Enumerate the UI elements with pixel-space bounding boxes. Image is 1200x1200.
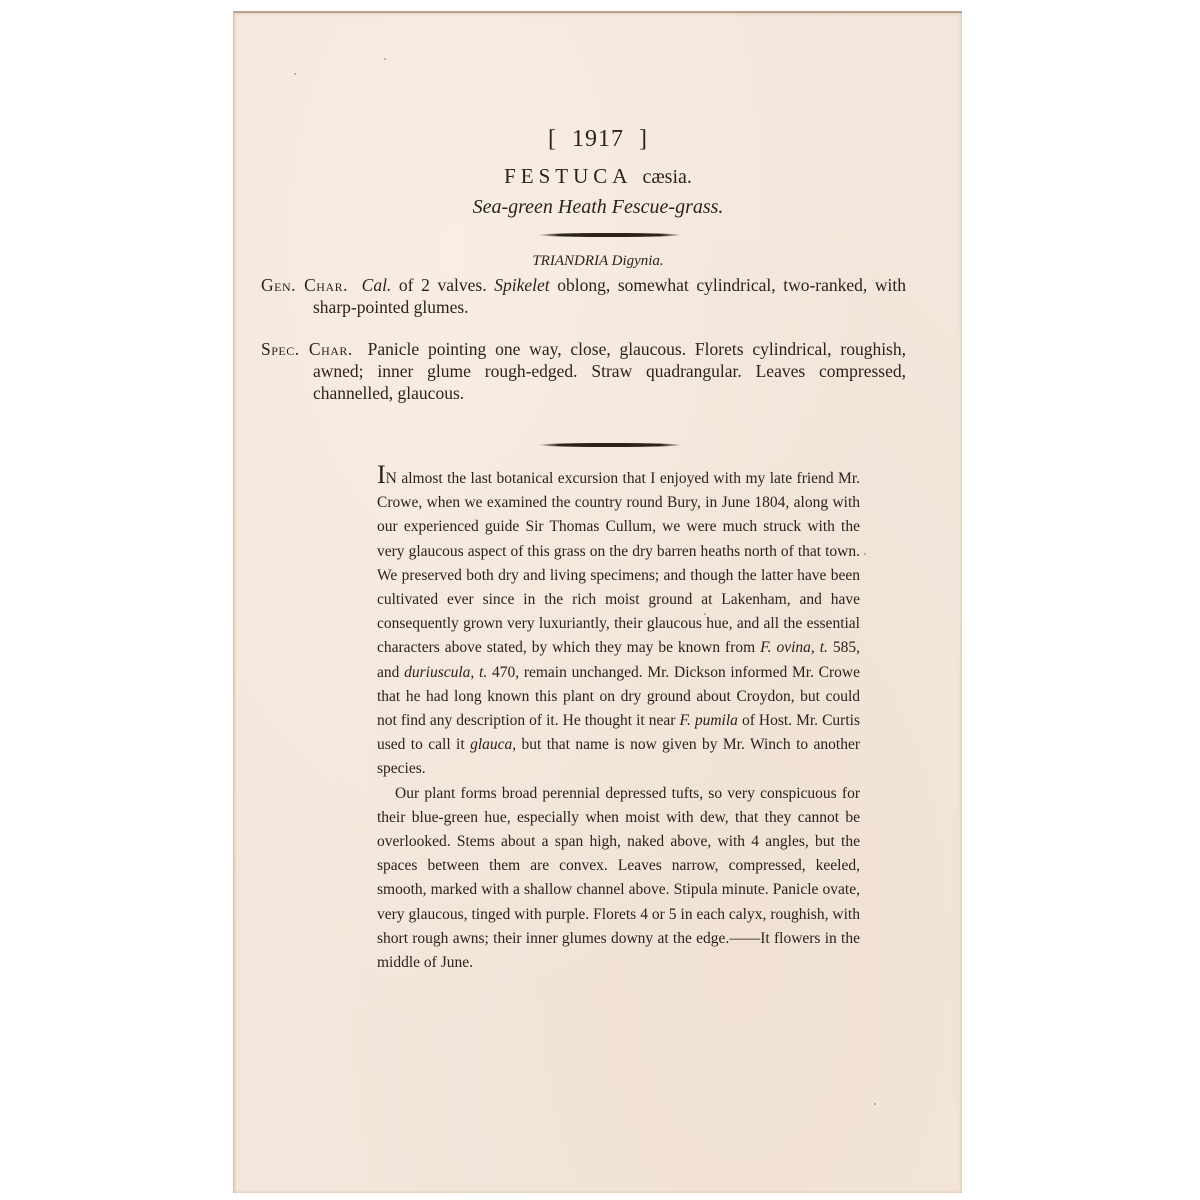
paragraph-1: IN almost the last botanical excursion t… bbox=[377, 463, 860, 782]
linnaean-classification: TRIANDRIA Digynia. bbox=[234, 253, 962, 270]
generic-character: Gen. Char. Cal. of 2 valves. Spikelet ob… bbox=[261, 274, 906, 318]
generic-character-label: Gen. Char. bbox=[261, 275, 348, 295]
paper-fleck bbox=[294, 73, 296, 75]
paper-fleck bbox=[864, 553, 866, 555]
genus-name: FESTUCA bbox=[504, 164, 632, 188]
text-run-italic: F. ovina, t. bbox=[760, 639, 828, 656]
ornamental-rule-top bbox=[538, 233, 682, 237]
text-run-italic: glauca bbox=[470, 736, 512, 753]
scientific-name: FESTUCAcæsia. bbox=[234, 163, 962, 189]
paper-fleck bbox=[874, 1103, 876, 1105]
paragraph-2: Our plant forms broad perennial depresse… bbox=[377, 782, 860, 976]
specific-character-label: Spec. Char. bbox=[261, 339, 353, 359]
generic-character-part: of 2 valves. bbox=[391, 275, 494, 295]
book-page: [ 1917 ] FESTUCAcæsia. Sea-green Heath F… bbox=[233, 11, 962, 1193]
text-run: IN almost the last botanical excursion t… bbox=[377, 470, 860, 656]
paper-fleck bbox=[384, 58, 386, 60]
text-run-italic: duriuscula, t. bbox=[404, 664, 487, 681]
description-body: IN almost the last botanical excursion t… bbox=[377, 463, 860, 975]
generic-character-part: Cal. bbox=[362, 275, 392, 295]
ornamental-rule-bottom bbox=[538, 443, 682, 447]
text-run-italic: F. pumila bbox=[679, 712, 737, 729]
specific-character: Spec. Char. Panicle pointing one way, cl… bbox=[261, 338, 906, 404]
paper-fleck bbox=[704, 613, 706, 615]
generic-character-part: Spikelet bbox=[494, 275, 549, 295]
common-name: Sea-green Heath Fescue-grass. bbox=[234, 196, 962, 219]
specific-character-text: Panicle pointing one way, close, glaucou… bbox=[313, 339, 906, 403]
plate-number: [ 1917 ] bbox=[234, 126, 962, 153]
species-name: cæsia. bbox=[642, 166, 691, 188]
